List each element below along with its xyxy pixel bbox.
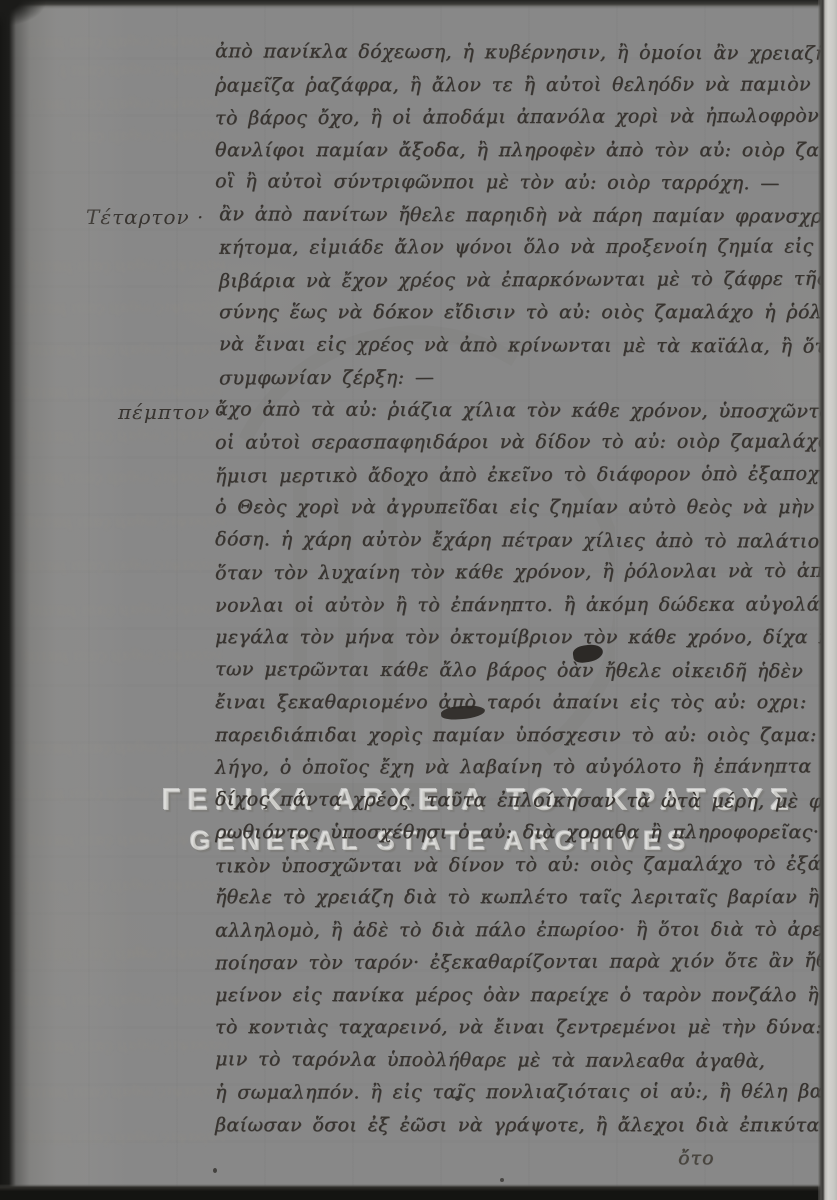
manuscript-line: ρωθιόντος ὑποσχέθησι ὁ αὐ: διὰ χοραθα ἢ … bbox=[215, 816, 837, 849]
manuscript-line: ἂν ἀπὸ πανίτων ἤθελε παρηιδὴ νὰ πάρη παμ… bbox=[219, 198, 837, 233]
manuscript-line: ῥαμεῖζα ῥαζάφρα, ἢ ἄλον τε ἢ αὐτοὶ θεληό… bbox=[215, 68, 837, 102]
binding-gutter-shadow bbox=[0, 0, 130, 1200]
manuscript-line: των μετρῶνται κάθε ἄλο βάρος ὁὰν ἤθελε ο… bbox=[215, 653, 837, 688]
manuscript-line: ἀπὸ πανίκλα δόχεωση, ἡ κυβέρνησιν, ἢ ὁμο… bbox=[215, 35, 837, 70]
manuscript-line: κήτομα, εἰμιάδε ἄλον ψόνοι ὅλο νὰ προξεν… bbox=[219, 230, 837, 264]
manuscript-page-scan: νσραψις ωθαμ ςαπι ματπθ ωσαι ζψμ ναθε ρο… bbox=[0, 0, 837, 1200]
manuscript-line: ὅταν τὸν λυχαίνη τὸν κάθε χρόνον, ἢ ῥόλο… bbox=[215, 555, 837, 590]
manuscript-line: νὰ ἔιναι εἰς χρέος νὰ ἀπὸ κρίνωνται μὲ τ… bbox=[219, 328, 837, 363]
ink-speck bbox=[213, 1168, 217, 1173]
manuscript-line: ἄχο ἀπὸ τὰ αὐ: ῥιάζια χίλια τὸν κάθε χρό… bbox=[215, 393, 837, 428]
manuscript-line: παρειδιάπιδαι χορὶς παμίαν ὑπόσχεσιν τὸ … bbox=[215, 719, 837, 752]
manuscript-line: μιν τὸ ταρόνλα ὑποὸλήθαρε μὲ τὰ πανλεαθα… bbox=[215, 1043, 837, 1078]
manuscript-line: δόση. ἡ χάρη αὐτὸν ἔχάρη πέτραν χίλιες ἀ… bbox=[215, 523, 837, 558]
manuscript-line: ἡ σωμαληπόν. ἢ εἰς ταῖς πονλιαζιόταις οἱ… bbox=[215, 1075, 837, 1109]
manuscript-line: ἔιναι ξεκαθαριομένο ἀπὸ ταρόι ἀπαίνι εἰς… bbox=[215, 686, 837, 719]
manuscript-line: δίχος πάντα χρέος. ταῦτα ἐπλοίκησαν τὰ ὠ… bbox=[215, 783, 837, 818]
manuscript-line: νονλαι οἱ αὐτὸν ἢ τὸ ἐπάνηπτο. ἢ ἀκόμη δ… bbox=[215, 588, 837, 622]
manuscript-line: ὁ Θεὸς χορὶ νὰ ἀγρυπεῖδαι εἰς ζημίαν αὐτ… bbox=[215, 491, 837, 524]
ink-speck bbox=[500, 1178, 504, 1182]
manuscript-line: ἤθελε τὸ χρειάζη διὰ τὸ κωπλέτο ταῖς λερ… bbox=[215, 881, 837, 914]
manuscript-line: οἱ αὐτοὶ σερασπαφηιδάροι νὰ δίδον τὸ αὐ:… bbox=[215, 425, 837, 459]
manuscript-line: θανλίφοι παμίαν ἄξοδα, ἢ πληροφὲν ἀπὸ τὸ… bbox=[215, 134, 837, 167]
manuscript-line: μεγάλα τὸν μήνα τὸν ὀκτομίβριον τὸν κάθε… bbox=[215, 621, 837, 654]
manuscript-line: συμφωνίαν ζέρξη: — bbox=[219, 360, 837, 395]
manuscript-line: λήγο, ὁ ὁποῖος ἔχη νὰ λαβαίνη τὸ αὐγόλοτ… bbox=[215, 750, 837, 784]
manuscript-line: τὸ κοντιὰς ταχαρεινό, νὰ ἔιναι ζεντρεμέν… bbox=[215, 1011, 837, 1044]
manuscript-line: ποίησαν τὸν ταρόν· ἐξεκαθαρίζονται παρὰ … bbox=[215, 945, 837, 980]
manuscript-line: βιβάρια νὰ ἔχον χρέος νὰ ἐπαρκόνωνται μὲ… bbox=[219, 262, 837, 297]
manuscript-line: βαίωσαν ὅσοι ἐξ ἐῶσι νὰ γράψοτε, ἢ ἄλεχο… bbox=[215, 1109, 837, 1142]
manuscript-line: οἳ ἢ αὐτοὶ σύντριφῶνποι μὲ τὸν αὐ: οιὸρ … bbox=[215, 165, 837, 200]
manuscript-line: σύνης ἕως νὰ δόκον εἴδισιν τὸ αὐ: οιὸς ζ… bbox=[219, 296, 837, 329]
manuscript-line: τὸ βάρος ὄχο, ἢ οἱ ἀποδάμι ἀπανόλα χορὶ … bbox=[215, 100, 837, 135]
manuscript-line: ἥμισι μερτικὸ ἄδοχο ἀπὸ ἐκεῖνο τὸ διάφορ… bbox=[215, 457, 837, 492]
catchword: ὄτο bbox=[678, 1146, 714, 1170]
page-edge-right bbox=[818, 0, 837, 1200]
manuscript-line: αλληλομὸ, ἢ ἀδὲ τὸ διὰ πάλο ἐπωρίοο· ἢ ὅ… bbox=[215, 913, 837, 947]
manuscript-line: μείνον εἰς πανίκα μέρος ὁὰν παρείχε ὁ τα… bbox=[215, 979, 837, 1012]
scan-edge-bottom bbox=[0, 1184, 837, 1200]
section-heading: πέμπτον · bbox=[118, 396, 225, 429]
manuscript-line: τικὸν ὑποσχῶνται νὰ δίνον τὸ αὐ: οιὸς ζα… bbox=[215, 847, 837, 882]
scan-edge-top bbox=[0, 0, 837, 9]
ink-speck bbox=[455, 1096, 460, 1101]
